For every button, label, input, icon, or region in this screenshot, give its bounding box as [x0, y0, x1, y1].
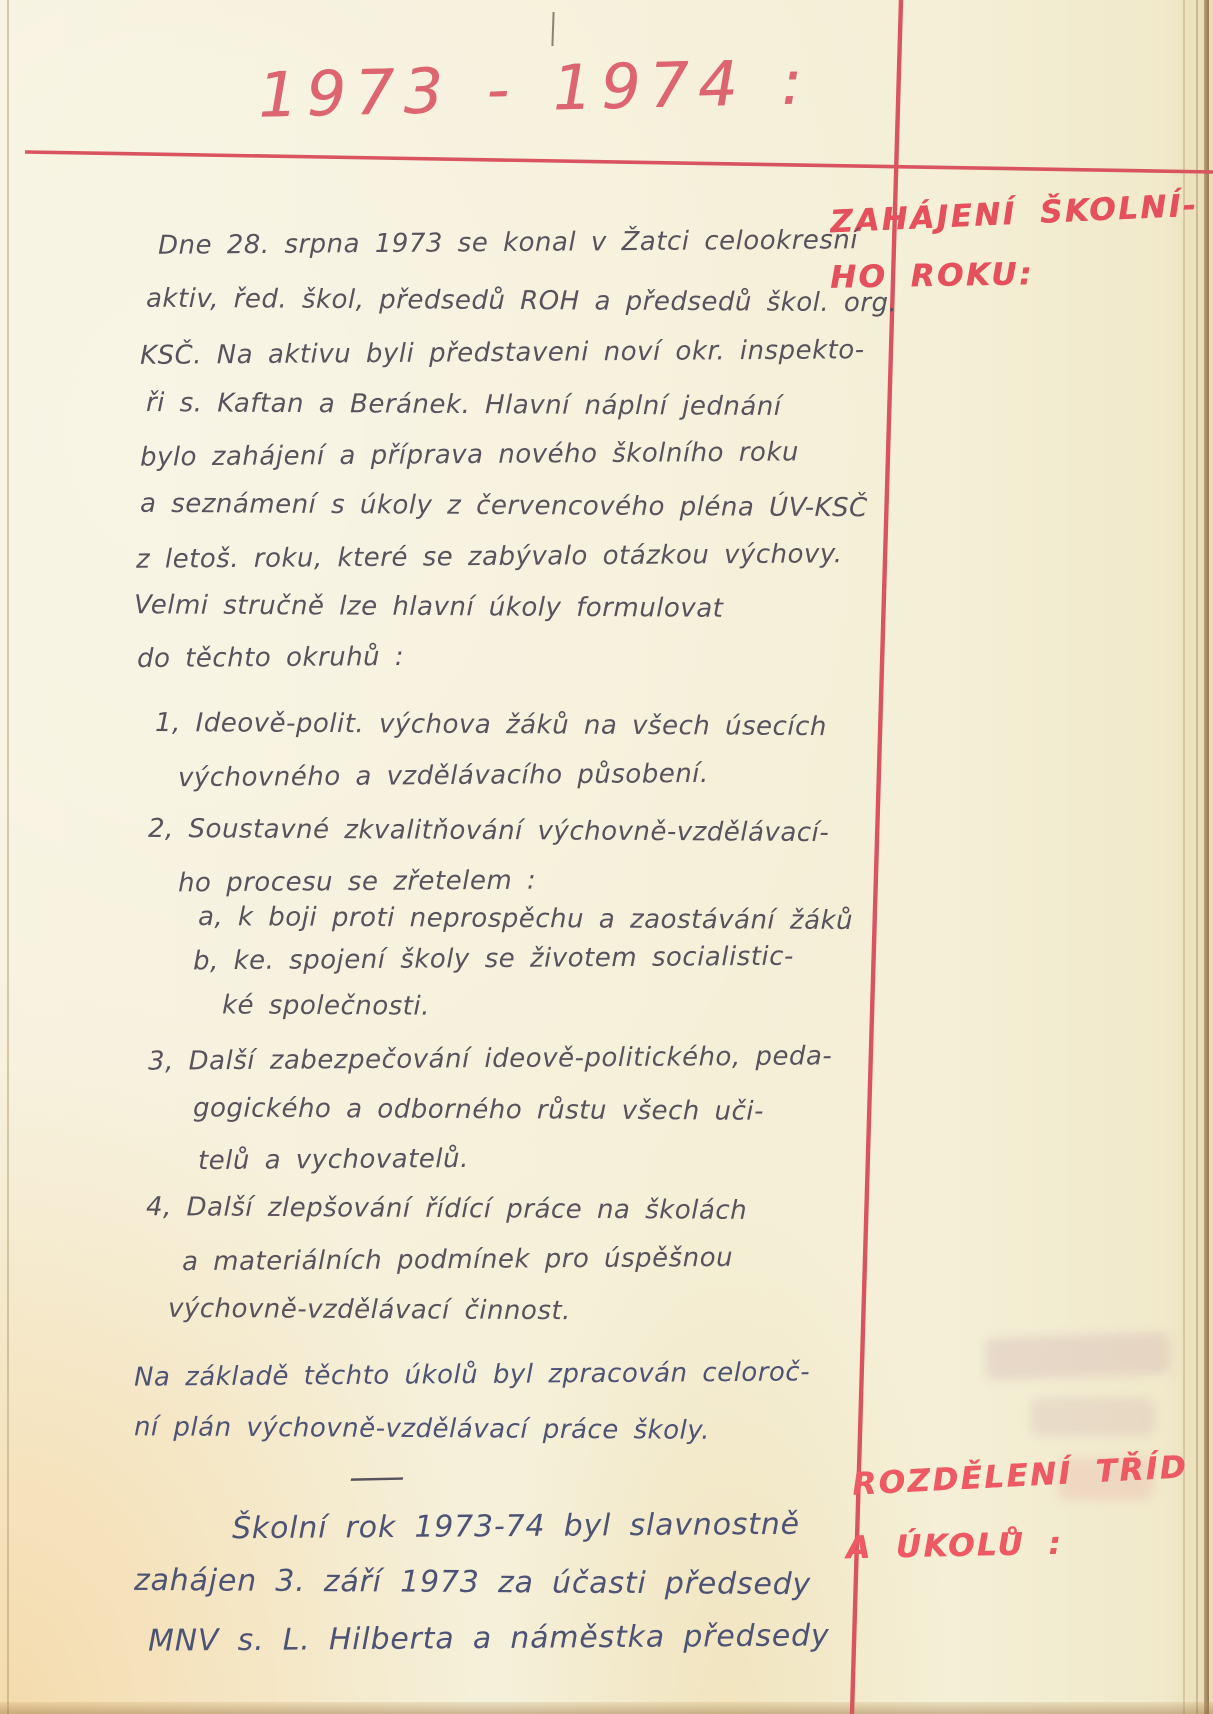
handwritten-line: 4, Další zlepšování řídící práce na škol… [146, 1194, 747, 1224]
handwritten-line: gogického a odborného růstu všech uči- [193, 1095, 764, 1124]
handwritten-line: a seznámení s úkoly z červencového pléna… [140, 491, 868, 521]
handwritten-line: 2, Soustavné zkvalitňování výchovně-vzdě… [148, 816, 829, 846]
handwritten-line: výchovného a vzdělávacího působení. [178, 761, 709, 791]
page-title: 1973 - 1974 : [257, 45, 812, 131]
handwritten-line: 1, Ideově-polit. výchova žáků na všech ú… [155, 710, 827, 740]
ruled-line-horizontal [25, 152, 1213, 172]
handwritten-line: z letoš. roku, které se zabývalo otázkou… [136, 541, 843, 573]
separator-dash: — [347, 1457, 407, 1498]
handwritten-line: výchovně-vzdělávací činnost. [168, 1296, 571, 1324]
handwritten-line: a materiálních podmínek pro úspěšnou [182, 1245, 733, 1275]
margin-heading-classes-line2: A ÚKOLŮ : [846, 1526, 1064, 1567]
handwritten-line: ní plán výchovně-vzdělávací práce školy. [134, 1414, 710, 1444]
bleed-through-smudge [1030, 1398, 1155, 1436]
chronicle-page: 1973 - 1974 : ZAHÁJENÍ ŠKOLNÍ- HO ROKU: … [0, 0, 1213, 1714]
handwritten-line: zahájen 3. září 1973 za účasti předsedy [134, 1566, 811, 1600]
handwritten-line: Na základě těchto úkolů byl zpracován ce… [134, 1359, 810, 1390]
ruled-line-vertical [852, 0, 901, 1714]
handwritten-line: Školní rok 1973-74 byl slavnostně [232, 1510, 800, 1544]
handwritten-line: telů a vychovatelů. [198, 1146, 469, 1174]
handwritten-line: bylo zahájení a příprava nového školního… [140, 439, 799, 470]
handwritten-line: ké společnosti. [222, 992, 430, 1019]
handwritten-line: a, k boji proti neprospěchu a zaostávání… [198, 904, 853, 934]
handwritten-line: ři s. Kaftan a Beránek. Hlavní náplní je… [146, 390, 782, 420]
bleed-through-smudge [984, 1332, 1170, 1380]
handwritten-line: MNV s. L. Hilberta a náměstka předsedy [148, 1621, 830, 1656]
handwritten-line: 3, Další zabezpečování ideově-politickéh… [148, 1043, 832, 1074]
handwritten-line: ho procesu se zřetelem : [178, 868, 536, 897]
handwritten-line: KSČ. Na aktivu byli představeni noví okr… [140, 337, 865, 369]
handwritten-line: b, ke. spojení školy se životem socialis… [193, 944, 794, 975]
handwritten-line: do těchto okruhů : [137, 644, 404, 672]
handwritten-line: Dne 28. srpna 1973 se konal v Žatci celo… [158, 227, 858, 258]
handwritten-line: aktiv, řed. škol, předsedů ROH a předsed… [146, 286, 897, 317]
handwritten-line: Velmi stručně lze hlavní úkoly formulova… [134, 592, 724, 622]
